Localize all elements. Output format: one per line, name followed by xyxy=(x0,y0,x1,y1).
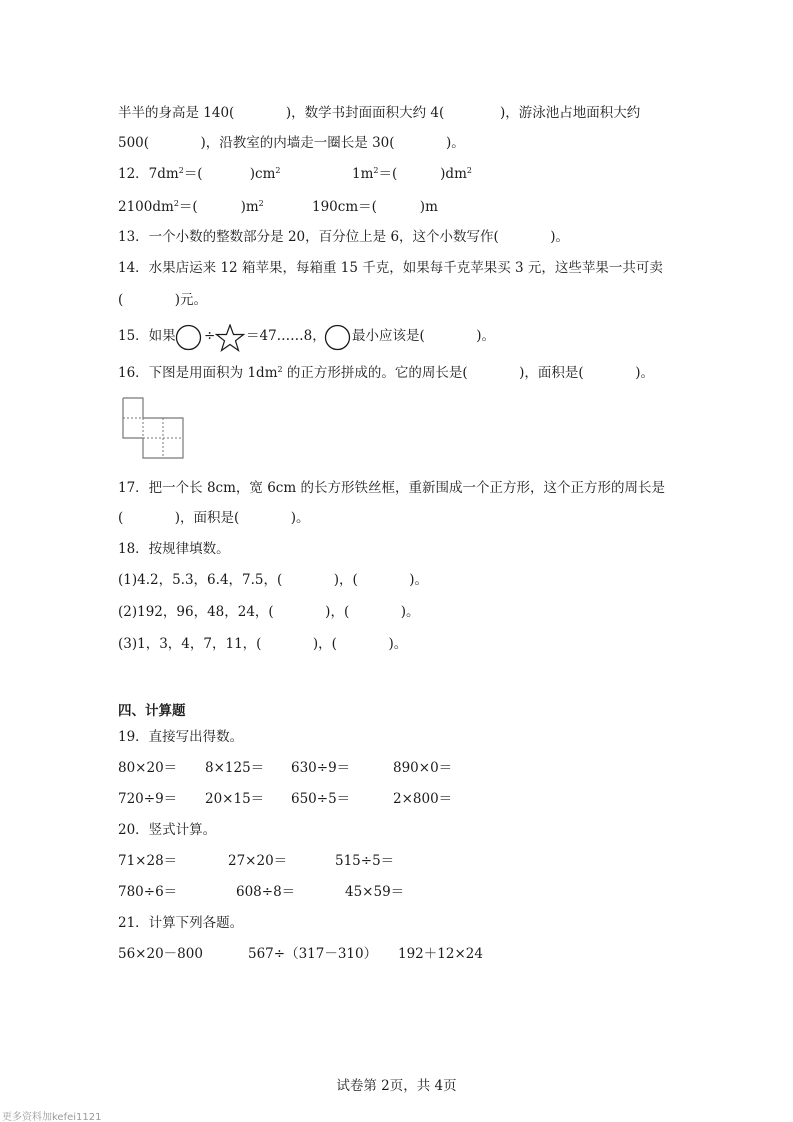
q13: 13．一个小数的整数部分是 20，百分位上是 6，这个小数写作( )。 xyxy=(118,227,569,247)
q20-item: 780÷6＝ xyxy=(118,882,177,902)
q14-line2: ( )元。 xyxy=(118,290,207,310)
q16: 16．下图是用面积为 1dm2 的正方形拼成的。它的周长是( )，面积是( )。 xyxy=(118,363,654,383)
q11-line1: 半半的身高是 140( )，数学书封面面积大约 4( )，游泳池占地面积大约 xyxy=(118,103,640,123)
q18-item-1: (1)4.2，5.3，6.4，7.5，( )，( )。 xyxy=(118,570,428,590)
q20-item: 608÷8＝ xyxy=(236,882,295,902)
q20-item: 45×59＝ xyxy=(345,882,404,902)
q11-line2: 500( )，沿教室的内墙走一圈长是 30( )。 xyxy=(118,133,465,153)
q17-line2: ( )，面积是( )。 xyxy=(118,508,310,528)
q12-a: 12．7dm2＝( )cm2 xyxy=(118,164,281,184)
q19-item: 80×20＝ xyxy=(118,758,177,778)
q12-b: 1m2＝( )dm2 xyxy=(352,164,472,184)
watermark: 更多资料加kefei1121 xyxy=(2,1108,102,1122)
q12-d: 190cm＝( )m xyxy=(312,197,438,217)
q19-item: 2×800＝ xyxy=(393,789,452,809)
q15-div: ÷ xyxy=(204,326,215,346)
q19-title: 19．直接写出得数。 xyxy=(118,727,243,747)
q21-item: 567÷（317－310） xyxy=(248,944,377,964)
q21-item: 56×20－800 xyxy=(118,944,203,964)
q18-title: 18．按规律填数。 xyxy=(118,539,230,559)
star-icon xyxy=(215,324,245,352)
page-footer: 试卷第 2页，共 4页 xyxy=(0,1074,793,1094)
q21-title: 21．计算下列各题。 xyxy=(118,913,243,933)
q20-item: 27×20＝ xyxy=(228,851,287,871)
q20-item: 515÷5＝ xyxy=(335,851,394,871)
square-tiling-figure xyxy=(120,395,190,463)
q18-item-3: (3)1，3，4，7，11，( )，( )。 xyxy=(118,634,407,654)
q14-line1: 14．水果店运来 12 箱苹果，每箱重 15 千克，如果每千克苹果买 3 元，这… xyxy=(118,258,663,278)
q20-title: 20．竖式计算。 xyxy=(118,820,216,840)
q20-item: 71×28＝ xyxy=(118,851,177,871)
q19-item: 630÷9＝ xyxy=(291,758,350,778)
q15-suffix: 最小应该是( )。 xyxy=(352,326,495,346)
q18-item-2: (2)192，96，48，24，( )，( )。 xyxy=(118,602,419,622)
q17-line1: 17．把一个长 8cm，宽 6cm 的长方形铁丝框，重新围成一个正方形，这个正方… xyxy=(118,478,665,498)
q19-item: 720÷9＝ xyxy=(118,789,177,809)
q21-item: 192＋12×24 xyxy=(398,944,483,964)
circle-icon xyxy=(175,324,202,351)
circle-icon xyxy=(324,324,351,351)
q15-eq: ＝47……8， xyxy=(246,326,326,346)
q15-prefix: 15．如果 xyxy=(118,326,176,346)
q19-item: 20×15＝ xyxy=(205,789,264,809)
q19-item: 890×0＝ xyxy=(393,758,452,778)
q12-c: 2100dm2＝( )m2 xyxy=(118,197,264,217)
section-title-calculation: 四、计算题 xyxy=(118,701,186,721)
q19-item: 650÷5＝ xyxy=(291,789,350,809)
q19-item: 8×125＝ xyxy=(205,758,264,778)
